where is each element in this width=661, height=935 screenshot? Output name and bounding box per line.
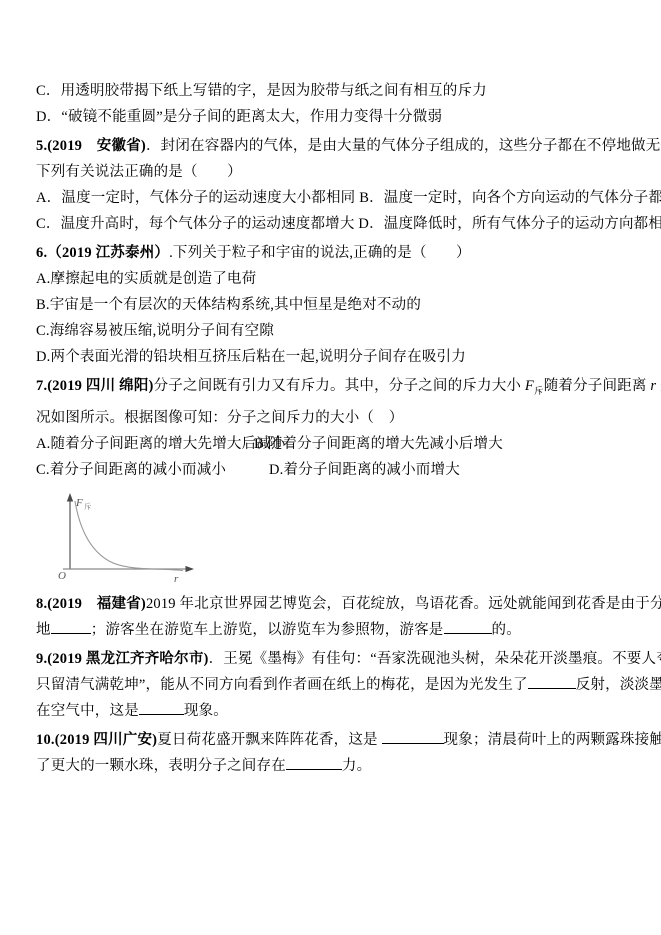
q4-option-c: C．用透明胶带揭下纸上写错的字，是因为胶带与纸之间有相互的斥力 bbox=[36, 78, 637, 104]
q7-stem-text-2: 随着分子间距离 bbox=[544, 378, 651, 394]
q7-option-c: C.着分子间距离的减小而减小 bbox=[36, 457, 269, 483]
q5-number-source: 5.(2019 安徽省) bbox=[36, 138, 146, 154]
q7-stem-text-1: 分子之间既有引力又有斥力。其中，分子之间的斥力大小 bbox=[154, 378, 525, 394]
force-distance-graph-svg: F 斥 O r bbox=[52, 491, 202, 585]
q8-number-source: 8.(2019 福建省) bbox=[36, 596, 146, 612]
q10-stem-line1: 10.(2019 四川广安)夏日荷花盛开飘来阵阵花香，这是 现象；清晨荷叶上的两… bbox=[36, 727, 637, 753]
q10-stem-line2: 了更大的一颗水珠，表明分子之间存在力。 bbox=[36, 753, 637, 779]
q6-stem-line: 6.（2019 江苏泰州）.下列关于粒子和宇宙的说法,正确的是（ ） bbox=[36, 240, 637, 266]
q8-fill-blank-2 bbox=[444, 619, 492, 634]
q7-stem-line1: 7.(2019 四川 绵阳)分子之间既有引力又有斥力。其中，分子之间的斥力大小 … bbox=[36, 373, 637, 405]
q7-option-a: A.随着分子间距离的增大先增大后减小 bbox=[36, 431, 254, 457]
q9-stem-line3: 在空气中，这是现象。 bbox=[36, 698, 637, 724]
q6-option-a: A.摩擦起电的实质就是创造了电荷 bbox=[36, 266, 637, 292]
q7-options-cd: C.着分子间距离的减小而减小D.着分子间距离的减小而增大 bbox=[36, 457, 637, 483]
q9-line2-text-2: 反射，淡淡墨香飘散 bbox=[576, 677, 661, 693]
y-axis-label-subscript: 斥 bbox=[84, 502, 92, 511]
q9-line3-text-2: 现象。 bbox=[184, 703, 228, 719]
q10-stem-text-2: 现象；清晨荷叶上的两颗露珠接触后成为 bbox=[444, 732, 661, 748]
exam-page: C．用透明胶带揭下纸上写错的字，是因为胶带与纸之间有相互的斥力 D．“破镜不能重… bbox=[0, 0, 661, 935]
q7-option-d: D.着分子间距离的减小而增大 bbox=[269, 462, 460, 478]
q6-stem-text: .下列关于粒子和宇宙的说法,正确的是（ ） bbox=[169, 245, 471, 261]
force-distance-graph: F 斥 O r bbox=[52, 491, 202, 585]
q6-option-b: B.宇宙是一个有层次的天体结构系统,其中恒星是绝对不动的 bbox=[36, 292, 637, 318]
y-axis-label: F bbox=[75, 497, 83, 509]
q7-number-source: 7.(2019 四川 绵阳) bbox=[36, 378, 154, 394]
q10-stem-text-1: 夏日荷花盛开飘来阵阵花香，这是 bbox=[157, 732, 381, 748]
exam-content: C．用透明胶带揭下纸上写错的字，是因为胶带与纸之间有相互的斥力 D．“破镜不能重… bbox=[36, 78, 637, 779]
q8-stem-line2: 地；游客坐在游览车上游览，以游览车为参照物，游客是的。 bbox=[36, 617, 637, 643]
q6-number-source: 6.（2019 江苏泰州） bbox=[36, 245, 169, 261]
q9-stem-text-1: ．王冕《墨梅》有佳句：“吾家洗砚池头树，朵朵花开淡墨痕。不要人夸好颜色， bbox=[209, 651, 661, 667]
y-axis-arrow bbox=[67, 493, 73, 502]
q5-stem-line2: 下列有关说法正确的是（ ） bbox=[36, 159, 637, 185]
q8-fill-blank-1 bbox=[51, 619, 91, 634]
q8-line2-text-2: ；游客坐在游览车上游览，以游览车为参照物，游客是 bbox=[91, 622, 444, 638]
q8-stem-line1: 8.(2019 福建省)2019 年北京世界园艺博览会，百花绽放，鸟语花香。远处… bbox=[36, 591, 637, 617]
q8-stem-text-1: 2019 年北京世界园艺博览会，百花绽放，鸟语花香。远处就能闻到花香是由于分子在… bbox=[146, 596, 661, 612]
q6-option-c: C.海绵容易被压缩,说明分子间有空隙 bbox=[36, 318, 637, 344]
force-curve bbox=[75, 501, 183, 571]
q6-option-d: D.两个表面光滑的铅块相互挤压后粘在一起,说明分子间存在吸引力 bbox=[36, 344, 637, 370]
q10-fill-blank-2 bbox=[286, 755, 342, 770]
q8-line2-text-1: 地 bbox=[36, 622, 51, 638]
force-symbol-subscript: 斥 bbox=[534, 387, 544, 397]
q7-stem-text-3: 变化的情 bbox=[656, 378, 661, 394]
q9-line2-text-1: 只留清气满乾坤”，能从不同方向看到作者画在纸上的梅花，是因为光发生了 bbox=[36, 677, 528, 693]
x-axis-arrow bbox=[186, 566, 195, 572]
q5-options-cd: C．温度升高时，每个气体分子的运动速度都增大 D．温度降低时，所有气体分子的运动… bbox=[36, 211, 637, 237]
q10-line2-text-1: 了更大的一颗水珠，表明分子之间存在 bbox=[36, 758, 286, 774]
q7-option-b: B.随着分子间距离的增大先减小后增大 bbox=[254, 436, 503, 452]
q5-options-ab: A．温度一定时，气体分子的运动速度大小都相同 B．温度一定时，向各个方向运动的气… bbox=[36, 185, 637, 211]
q10-line2-text-2: 力。 bbox=[342, 758, 371, 774]
q9-stem-line2: 只留清气满乾坤”，能从不同方向看到作者画在纸上的梅花，是因为光发生了反射，淡淡墨… bbox=[36, 672, 637, 698]
q9-fill-blank-2 bbox=[139, 700, 184, 715]
q9-number-source: 9.(2019 黑龙江齐齐哈尔市) bbox=[36, 651, 209, 667]
q10-number-source: 10.(2019 四川广安) bbox=[36, 732, 157, 748]
q7-stem-line2: 况如图所示。根据图像可知：分子之间斥力的大小（ ） bbox=[36, 405, 637, 431]
origin-label: O bbox=[58, 570, 66, 582]
q10-fill-blank-1 bbox=[382, 729, 444, 744]
q9-line3-text-1: 在空气中，这是 bbox=[36, 703, 139, 719]
q5-intro-text: ．封闭在容器内的气体，是由大量的气体分子组成的，这些分子都在不停地做无规则运动。 bbox=[146, 138, 661, 154]
q5-stem-line1: 5.(2019 安徽省)．封闭在容器内的气体，是由大量的气体分子组成的，这些分子… bbox=[36, 133, 637, 159]
q7-options-ab: A.随着分子间距离的增大先增大后减小B.随着分子间距离的增大先减小后增大 bbox=[36, 431, 637, 457]
q4-option-d: D．“破镜不能重圆”是分子间的距离太大，作用力变得十分微弱 bbox=[36, 104, 637, 130]
q9-stem-line1: 9.(2019 黑龙江齐齐哈尔市)．王冕《墨梅》有佳句：“吾家洗砚池头树，朵朵花… bbox=[36, 646, 637, 672]
force-symbol: F bbox=[525, 378, 534, 394]
q9-fill-blank-1 bbox=[528, 674, 576, 689]
x-axis-label: r bbox=[174, 573, 179, 585]
q8-line2-text-3: 的。 bbox=[492, 622, 521, 638]
